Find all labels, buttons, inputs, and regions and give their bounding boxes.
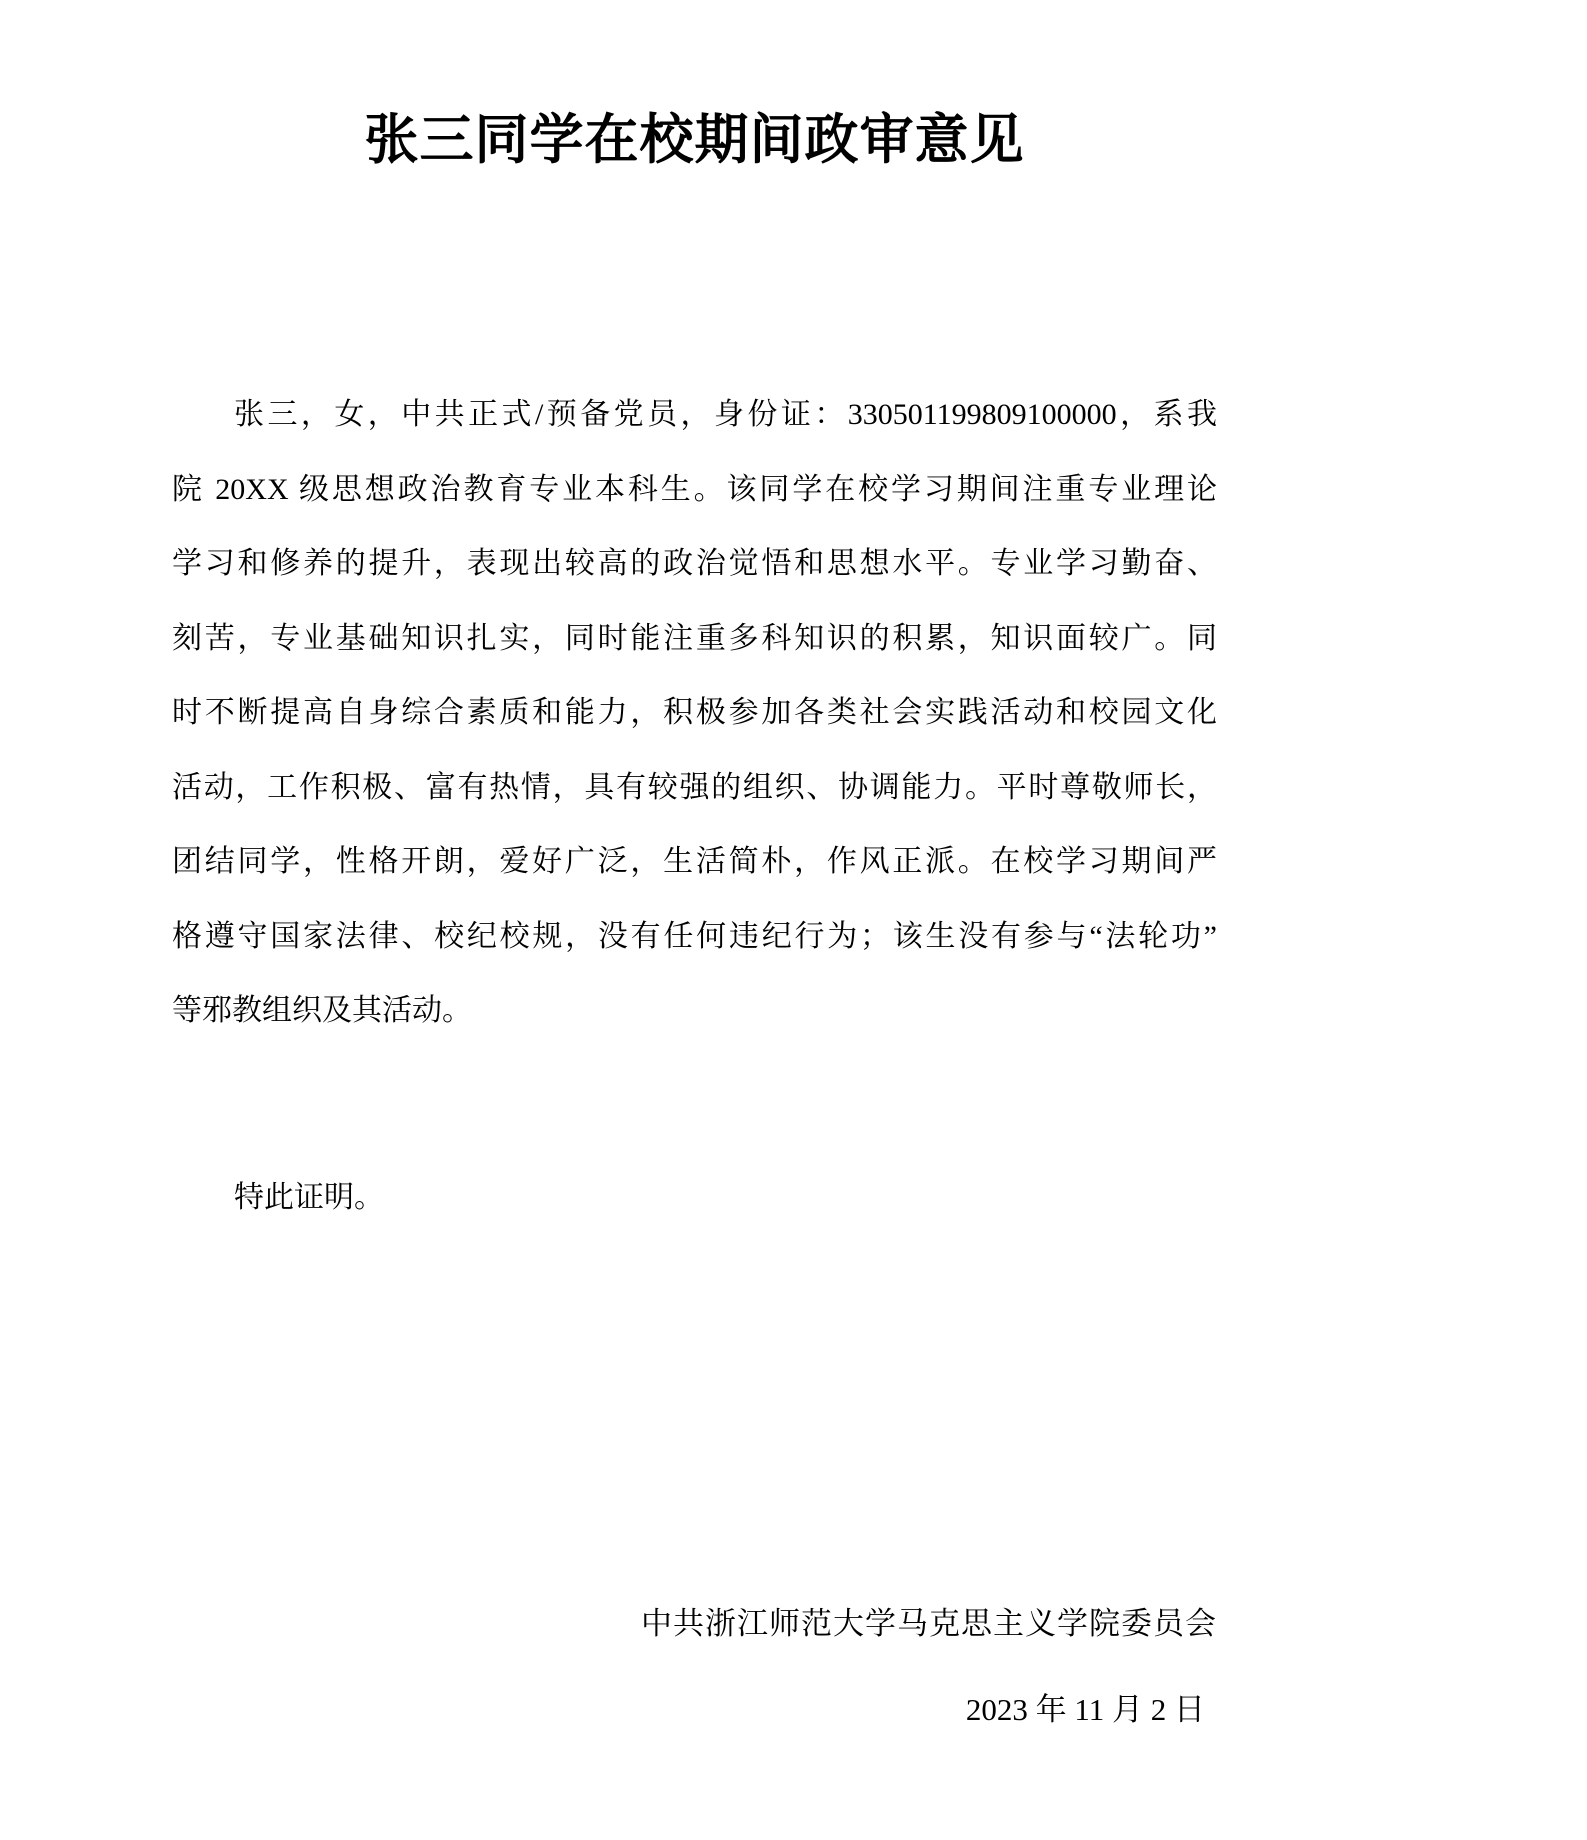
body-line: 张三，女，中共正式/预备党员，身份证：330501199809100000，系我 <box>172 378 1217 453</box>
body-line: 学习和修养的提升，表现出较高的政治觉悟和思想水平。专业学习勤奋、 <box>172 527 1217 602</box>
signature-date: 2023 年 11 月 2 日 <box>172 1673 1217 1747</box>
body-line: 等邪教组织及其活动。 <box>172 974 1217 1049</box>
body-line: 时不断提高自身综合素质和能力，积极参加各类社会实践活动和校园文化 <box>172 676 1217 751</box>
document-page: 张三同学在校期间政审意见 张三，女，中共正式/预备党员，身份证：33050119… <box>0 0 1587 1840</box>
document-title: 张三同学在校期间政审意见 <box>172 102 1217 178</box>
body-line: 活动，工作积极、富有热情，具有较强的组织、协调能力。平时尊敬师长， <box>172 751 1217 826</box>
document-body: 张三，女，中共正式/预备党员，身份证：330501199809100000，系我… <box>172 378 1217 1049</box>
signature-committee: 中共浙江师范大学马克思主义学院委员会 <box>172 1587 1217 1661</box>
body-line: 格遵守国家法律、校纪校规，没有任何违纪行为；该生没有参与“法轮功” <box>172 900 1217 975</box>
closing-statement: 特此证明。 <box>172 1161 1217 1235</box>
body-line: 院 20XX 级思想政治教育专业本科生。该同学在校学习期间注重专业理论 <box>172 453 1217 528</box>
body-line: 刻苦，专业基础知识扎实，同时能注重多科知识的积累，知识面较广。同 <box>172 602 1217 677</box>
body-line: 团结同学，性格开朗，爱好广泛，生活简朴，作风正派。在校学习期间严 <box>172 825 1217 900</box>
